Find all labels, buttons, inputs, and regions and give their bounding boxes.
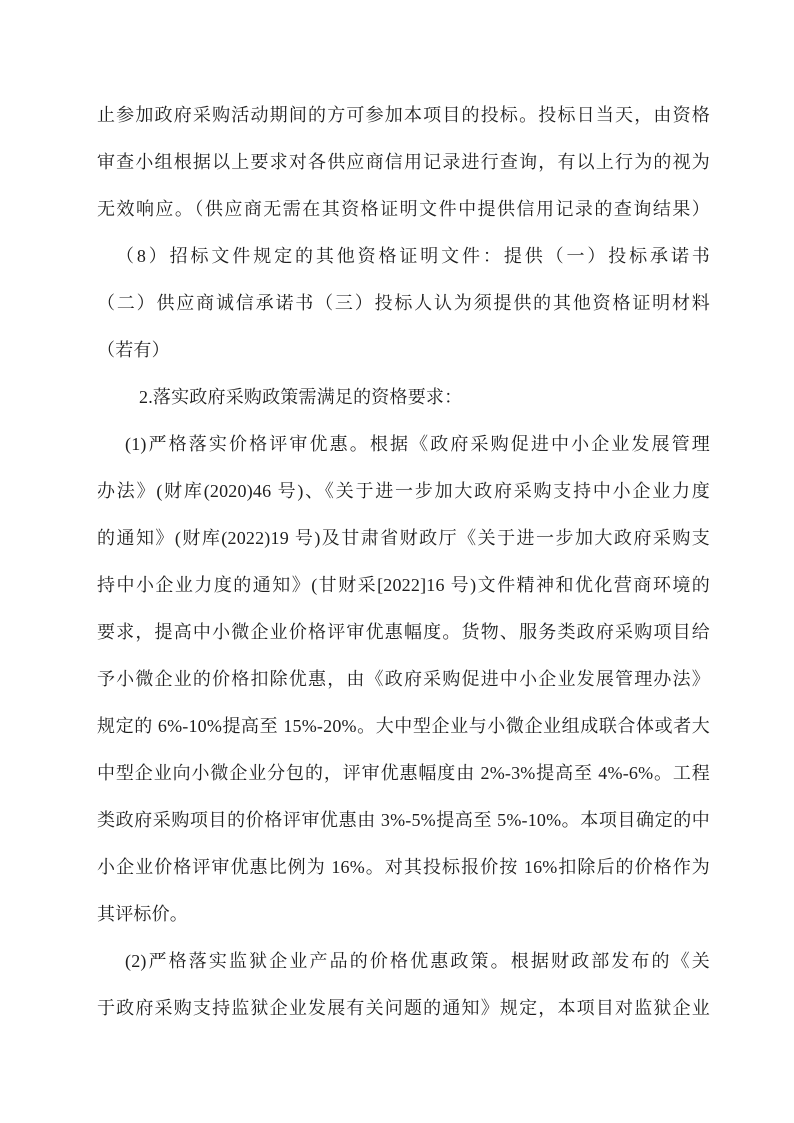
text-line: 规定的 6%-10%提高至 15%-20%。大中型企业与小微企业组成联合体或者大 bbox=[97, 703, 710, 750]
text-line: 持中小企业力度的通知》(甘财采[2022]16 号)文件精神和优化营商环境的 bbox=[97, 562, 710, 609]
text-line: 的通知》(财库(2022)19 号)及甘肃省财政厅《关于进一步加大政府采购支 bbox=[97, 515, 710, 562]
text-line: (1)严格落实价格评审优惠。根据《政府采购促进中小企业发展管理 bbox=[97, 421, 710, 468]
text-line: 予小微企业的价格扣除优惠，由《政府采购促进中小企业发展管理办法》 bbox=[97, 656, 710, 703]
document-page: 止参加政府采购活动期间的方可参加本项目的投标。投标日当天，由资格 审查小组根据以… bbox=[0, 0, 794, 1123]
text-line: 审查小组根据以上要求对各供应商信用记录进行查询，有以上行为的视为 bbox=[97, 139, 710, 186]
page-text-body: 止参加政府采购活动期间的方可参加本项目的投标。投标日当天，由资格 审查小组根据以… bbox=[97, 92, 710, 1032]
text-line: 类政府采购项目的价格评审优惠由 3%-5%提高至 5%-10%。本项目确定的中 bbox=[97, 797, 710, 844]
text-line: （8）招标文件规定的其他资格证明文件：提供（一）投标承诺书 bbox=[97, 233, 710, 280]
text-line: 2.落实政府采购政策需满足的资格要求： bbox=[97, 374, 710, 421]
text-line: 小企业价格评审优惠比例为 16%。对其投标报价按 16%扣除后的价格作为 bbox=[97, 844, 710, 891]
text-line: 无效响应。（供应商无需在其资格证明文件中提供信用记录的查询结果） bbox=[97, 186, 710, 233]
text-line: 止参加政府采购活动期间的方可参加本项目的投标。投标日当天，由资格 bbox=[97, 92, 710, 139]
text-line: （二）供应商诚信承诺书（三）投标人认为须提供的其他资格证明材料 bbox=[97, 280, 710, 327]
text-line: 于政府采购支持监狱企业发展有关问题的通知》规定，本项目对监狱企业 bbox=[97, 985, 710, 1032]
text-line: (2)严格落实监狱企业产品的价格优惠政策。根据财政部发布的《关 bbox=[97, 938, 710, 985]
text-line: 要求，提高中小微企业价格评审优惠幅度。货物、服务类政府采购项目给 bbox=[97, 609, 710, 656]
text-line: （若有） bbox=[97, 327, 710, 374]
text-line: 办法》(财库(2020)46 号)、《关于进一步加大政府采购支持中小企业力度 bbox=[97, 468, 710, 515]
text-line: 中型企业向小微企业分包的，评审优惠幅度由 2%-3%提高至 4%-6%。工程 bbox=[97, 750, 710, 797]
text-line: 其评标价。 bbox=[97, 891, 710, 938]
